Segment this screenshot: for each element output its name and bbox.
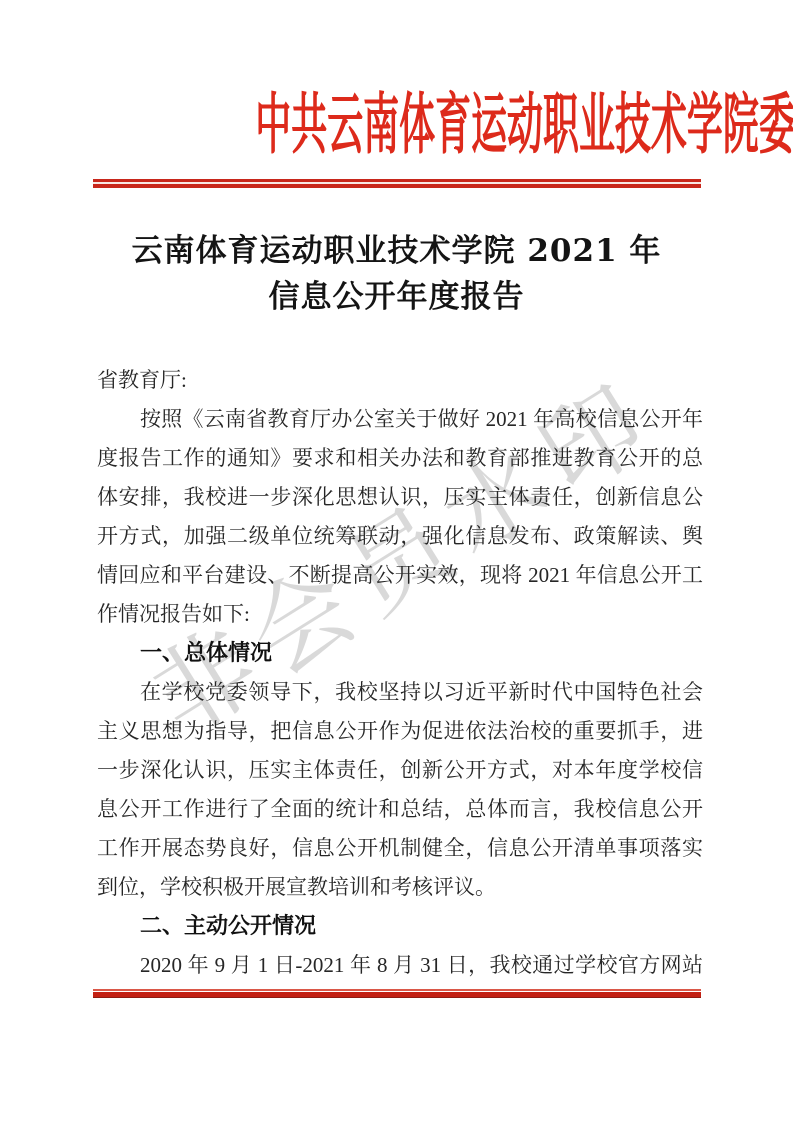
letterhead-org-name: 中共云南体育运动职业技术学院委员会 bbox=[255, 86, 793, 162]
body-line: 到位，学校积极开展宣教培训和考核评议。 bbox=[97, 868, 703, 907]
letterhead: 中共云南体育运动职业技术学院委员会 bbox=[0, 86, 793, 162]
document-title-line-1: 云南体育运动职业技术学院 2021 年 bbox=[0, 228, 793, 274]
document-page: 中共云南体育运动职业技术学院委员会 云南体育运动职业技术学院 2021 年 信息… bbox=[0, 0, 793, 1121]
document-title-line-2: 信息公开年度报告 bbox=[0, 274, 793, 320]
body-line: 体安排，我校进一步深化思想认识，压实主体责任，创新信息公 bbox=[97, 478, 703, 517]
body-line: 开方式，加强二级单位统筹联动，强化信息发布、政策解读、舆 bbox=[97, 517, 703, 556]
red-separator-top bbox=[93, 179, 701, 188]
body-line: 2020 年 9 月 1 日-2021 年 8 月 31 日，我校通过学校官方网… bbox=[97, 946, 703, 985]
body-line: 作情况报告如下: bbox=[97, 595, 703, 634]
body-line: 工作开展态势良好，信息公开机制健全，信息公开清单事项落实 bbox=[97, 829, 703, 868]
body-line: 度报告工作的通知》要求和相关办法和教育部推进教育公开的总 bbox=[97, 439, 703, 478]
document-title: 云南体育运动职业技术学院 2021 年 信息公开年度报告 bbox=[0, 228, 793, 320]
document-body: 省教育厅: 按照《云南省教育厅办公室关于做好 2021 年高校信息公开年 度报告… bbox=[97, 361, 703, 985]
red-separator-bottom bbox=[93, 989, 701, 998]
body-line: 在学校党委领导下，我校坚持以习近平新时代中国特色社会 bbox=[97, 673, 703, 712]
section-heading-2: 二、主动公开情况 bbox=[97, 907, 703, 946]
salutation: 省教育厅: bbox=[97, 361, 703, 400]
body-line: 息公开工作进行了全面的统计和总结，总体而言，我校信息公开 bbox=[97, 790, 703, 829]
body-line: 按照《云南省教育厅办公室关于做好 2021 年高校信息公开年 bbox=[97, 400, 703, 439]
body-line: 情回应和平台建设、不断提高公开实效，现将 2021 年信息公开工 bbox=[97, 556, 703, 595]
section-heading-1: 一、总体情况 bbox=[97, 634, 703, 673]
body-line: 一步深化认识，压实主体责任，创新公开方式，对本年度学校信 bbox=[97, 751, 703, 790]
body-line: 主义思想为指导，把信息公开作为促进依法治校的重要抓手，进 bbox=[97, 712, 703, 751]
